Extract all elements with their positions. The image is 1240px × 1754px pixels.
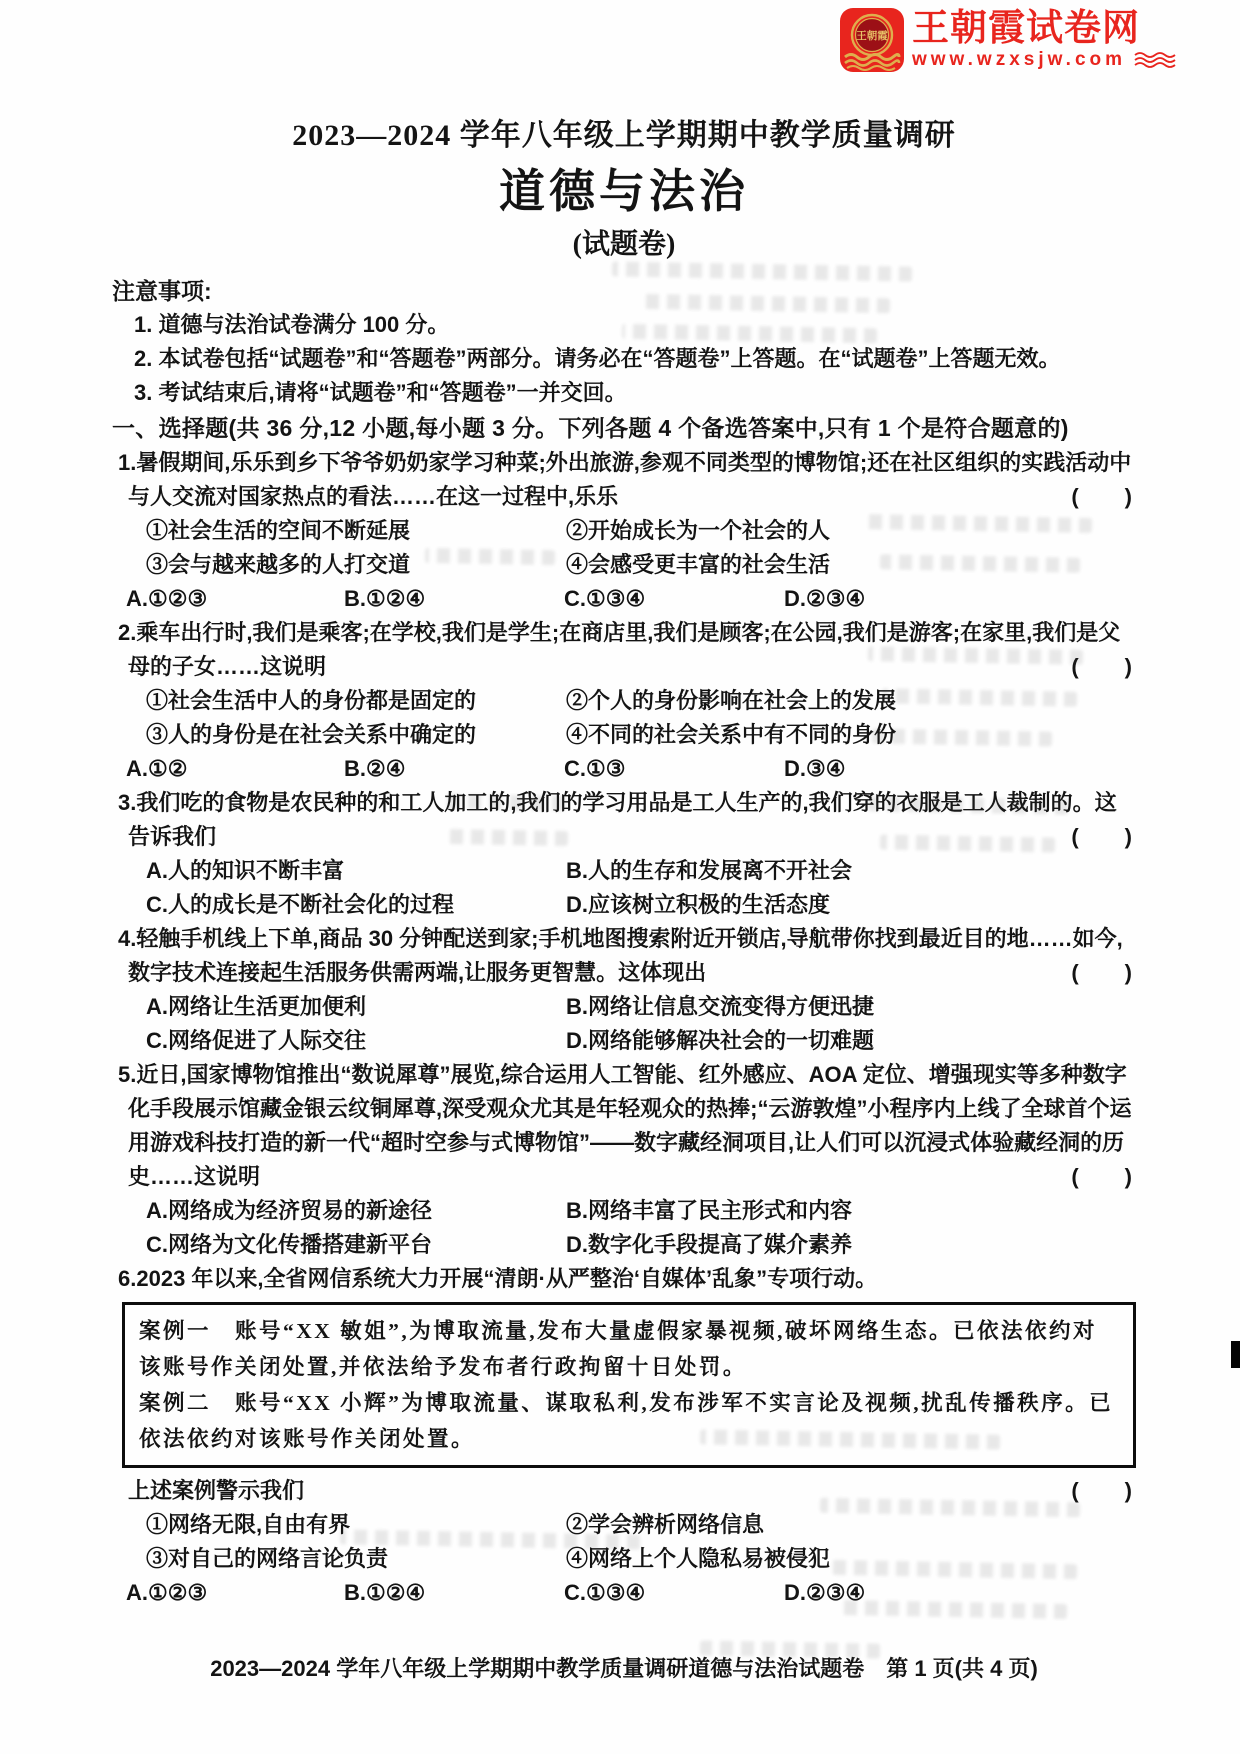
question-lead-text: 上述案例警示我们 — [128, 1478, 304, 1503]
question-4: 4.轻触手机线上下单,商品 30 分钟配送到家;手机地图搜索附近开锁店,导航带你… — [112, 922, 1136, 1058]
answer-c: C.①③④ — [564, 582, 784, 616]
bleed-through-artifact — [872, 728, 1052, 746]
question-number: 3. — [118, 790, 136, 815]
bleed-through-artifact — [842, 1600, 1067, 1619]
bleed-through-artifact — [445, 794, 565, 811]
option-row: A.网络成为经济贸易的新途径 B.网络丰富了民主形式和内容 — [112, 1194, 1136, 1228]
exam-session-title: 2023—2024 学年八年级上学期期中教学质量调研 — [112, 118, 1136, 154]
option-3: ③人的身份是在社会关系中确定的 — [146, 718, 566, 752]
question-number: 1. — [118, 450, 136, 475]
option-row: A.人的知识不断丰富 B.人的生存和发展离不开社会 — [112, 854, 1136, 888]
answer-bracket: () — [1071, 956, 1132, 990]
wave-lines-icon — [1134, 51, 1176, 69]
bleed-through-artifact — [425, 548, 555, 565]
bleed-through-artifact — [448, 829, 568, 846]
question-stem-text: 轻触手机线上下单,商品 30 分钟配送到家;手机地图搜索附近开锁店,导航带你找到… — [128, 926, 1123, 985]
subject-title: 道德与法治 — [112, 164, 1136, 218]
paper-type-title: (试题卷) — [112, 228, 1136, 262]
option-d: D.数字化手段提高了媒介素养 — [566, 1228, 1136, 1262]
scan-edge-artifact — [1231, 1341, 1240, 1368]
answer-d: D.②③④ — [784, 582, 1136, 616]
question-stem-text: 暑假期间,乐乐到乡下爷爷奶奶家学习种菜;外出旅游,参观不同类型的博物馆;还在社区… — [128, 450, 1131, 509]
case-1-text: 案例一 账号“XX 敏姐”,为博取流量,发布大量虚假家暴视频,破坏网络生态。已依… — [139, 1313, 1119, 1385]
option-b: B.网络让信息交流变得方便迅捷 — [566, 990, 1136, 1024]
question-stem-text: 2023 年以来,全省网信系统大力开展“清朗·从严整治‘自媒体’乱象”专项行动。 — [136, 1266, 877, 1291]
question-stem: 1.暑假期间,乐乐到乡下爷爷奶奶家学习种菜;外出旅游,参观不同类型的博物馆;还在… — [112, 446, 1136, 514]
question-stem: 4.轻触手机线上下单,商品 30 分钟配送到家;手机地图搜索附近开锁店,导航带你… — [112, 922, 1136, 990]
option-c: C.网络为文化传播搭建新平台 — [146, 1228, 566, 1262]
logo-icon-text: 王朝霞 — [856, 29, 888, 42]
answer-bracket: () — [1071, 820, 1132, 854]
exam-paper-page: 王朝霞 王朝霞试卷网 www.wzxsjw.com 2023—2024 学年八年… — [0, 0, 1240, 1754]
question-number: 4. — [118, 926, 136, 951]
question-number: 6. — [118, 1266, 136, 1291]
answer-bracket: () — [1071, 480, 1132, 514]
answer-a: A.①②③ — [126, 582, 344, 616]
answer-a: A.①②③ — [126, 1576, 344, 1610]
question-number: 5. — [118, 1062, 136, 1087]
question-stem: 5.近日,国家博物馆推出“数说犀尊”展览,综合运用人工智能、红外感应、AOA 定… — [112, 1058, 1136, 1194]
option-c: C.网络促进了人际交往 — [146, 1024, 566, 1058]
notice-heading: 注意事项: — [112, 274, 1136, 308]
option-b: B.网络丰富了民主形式和内容 — [566, 1194, 1136, 1228]
option-c: C.人的成长是不断社会化的过程 — [146, 888, 566, 922]
page-footer: 2023—2024 学年八年级上学期期中教学质量调研道德与法治试题卷 第 1 页… — [112, 1652, 1136, 1683]
option-b: B.人的生存和发展离不开社会 — [566, 854, 1136, 888]
option-1: ①社会生活中人的身份都是固定的 — [146, 684, 566, 718]
option-row: A.网络让生活更加便利 B.网络让信息交流变得方便迅捷 — [112, 990, 1136, 1024]
answer-c: C.①③ — [564, 752, 784, 786]
answer-b: B.①②④ — [344, 1576, 564, 1610]
bleed-through-artifact — [700, 1640, 880, 1658]
option-row: C.人的成长是不断社会化的过程 D.应该树立积极的生活态度 — [112, 888, 1136, 922]
site-name: 王朝霞试卷网 — [912, 8, 1176, 48]
question-5: 5.近日,国家博物馆推出“数说犀尊”展览,综合运用人工智能、红外感应、AOA 定… — [112, 1058, 1136, 1262]
option-row: C.网络促进了人际交往 D.网络能够解决社会的一切难题 — [112, 1024, 1136, 1058]
answer-b: B.①②④ — [344, 582, 564, 616]
section-1-heading: 一、选择题(共 36 分,12 小题,每小题 3 分。下列各题 4 个备选答案中… — [112, 410, 1136, 446]
bleed-through-artifact — [880, 834, 1055, 852]
option-d: D.网络能够解决社会的一切难题 — [566, 1024, 1136, 1058]
wangzhaoxia-app-icon: 王朝霞 — [840, 8, 904, 72]
answer-d: D.③④ — [784, 752, 1136, 786]
answer-bracket: () — [1071, 1160, 1132, 1194]
answer-b: B.②④ — [344, 752, 564, 786]
option-d: D.应该树立积极的生活态度 — [566, 888, 1136, 922]
option-a: A.网络让生活更加便利 — [146, 990, 566, 1024]
answer-row: A.①②③ B.①②④ C.①③④ D.②③④ — [112, 582, 1136, 616]
notice-item-3: 3. 考试结束后,请将“试题卷”和“答题卷”一并交回。 — [112, 376, 1136, 410]
answer-bracket: () — [1071, 1474, 1132, 1508]
question-number: 2. — [118, 620, 136, 645]
site-url: www.wzxsjw.com — [912, 49, 1126, 71]
site-logo: 王朝霞 王朝霞试卷网 www.wzxsjw.com — [840, 8, 1176, 72]
option-a: A.网络成为经济贸易的新途径 — [146, 1194, 566, 1228]
answer-row: A.①② B.②④ C.①③ D.③④ — [112, 752, 1136, 786]
option-row: C.网络为文化传播搭建新平台 D.数字化手段提高了媒介素养 — [112, 1228, 1136, 1262]
option-1: ①社会生活的空间不断延展 — [146, 514, 566, 548]
notice-item-2: 2. 本试卷包括“试题卷”和“答题卷”两部分。请务必在“答题卷”上答题。在“试题… — [112, 342, 1136, 376]
question-stem-text: 近日,国家博物馆推出“数说犀尊”展览,综合运用人工智能、红外感应、AOA 定位、… — [128, 1062, 1131, 1189]
question-stem: 6.2023 年以来,全省网信系统大力开展“清朗·从严整治‘自媒体’乱象”专项行… — [112, 1262, 1136, 1296]
answer-c: C.①③④ — [564, 1576, 784, 1610]
paper-content: 2023—2024 学年八年级上学期期中教学质量调研 道德与法治 (试题卷) 注… — [112, 118, 1136, 1610]
option-a: A.人的知识不断丰富 — [146, 854, 566, 888]
answer-a: A.①② — [126, 752, 344, 786]
